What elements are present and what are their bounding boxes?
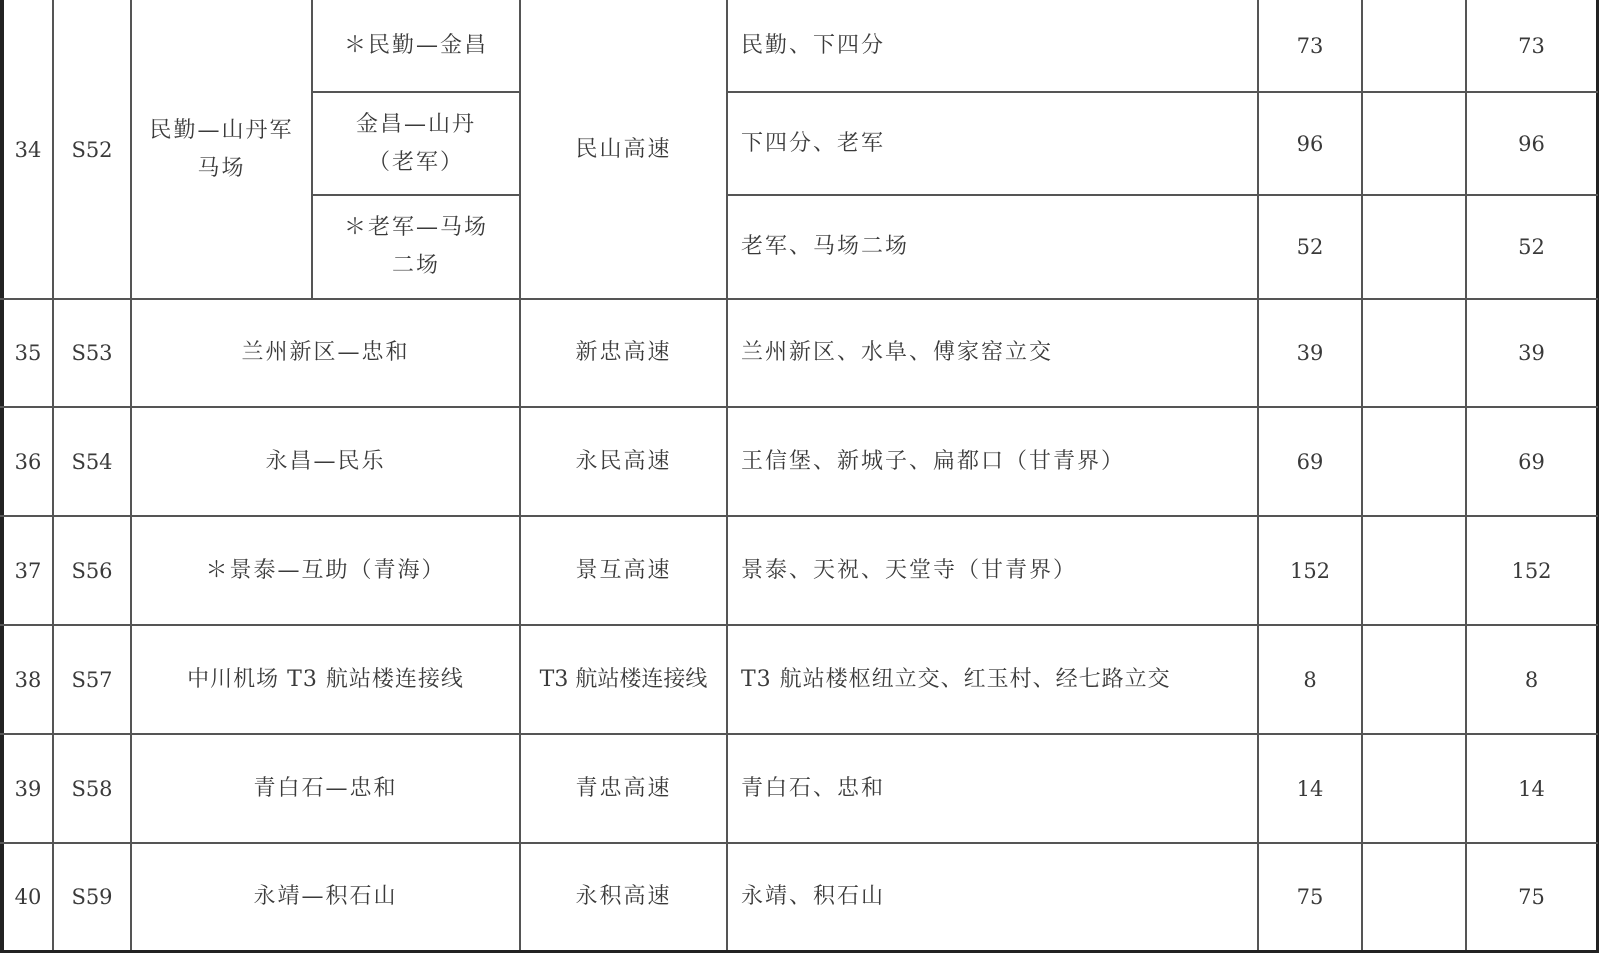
cell-nodes: T3 航站楼枢纽立交、红玉村、经七路立交 [727, 625, 1258, 734]
segment-line-1: 金昌—山丹 [356, 106, 476, 144]
cell-name: 青忠高速 [520, 734, 727, 843]
divider [311, 194, 520, 196]
divider [726, 91, 1598, 93]
cell-index: 39 [3, 734, 53, 843]
cell-route: 中川机场 T3 航站楼连接线 [131, 625, 520, 734]
divider [52, 0, 54, 951]
cell-blank [1362, 625, 1466, 734]
cell-length: 52 [1258, 195, 1362, 299]
cell-nodes: 下四分、老军 [727, 92, 1258, 195]
divider [726, 0, 728, 951]
cell-total: 96 [1466, 92, 1597, 195]
cell-length: 152 [1258, 516, 1362, 625]
cell-nodes: 王信堡、新城子、扁都口（甘青界） [727, 407, 1258, 516]
cell-blank [1362, 407, 1466, 516]
cell-code: S52 [53, 0, 131, 299]
cell-code: S54 [53, 407, 131, 516]
cell-length: 14 [1258, 734, 1362, 843]
cell-index: 36 [3, 407, 53, 516]
cell-name: 永民高速 [520, 407, 727, 516]
cell-code: S58 [53, 734, 131, 843]
cell-route: ＊景泰—互助（青海） [131, 516, 520, 625]
cell-total: 8 [1466, 625, 1597, 734]
cell-code: S53 [53, 299, 131, 407]
cell-total: 69 [1466, 407, 1597, 516]
cell-total: 75 [1466, 843, 1597, 951]
cell-name: 民山高速 [520, 0, 727, 299]
cell-total: 152 [1466, 516, 1597, 625]
divider [0, 624, 1598, 626]
divider [130, 0, 132, 951]
cell-total: 52 [1466, 195, 1597, 299]
cell-route: 民勤—山丹军 马场 [131, 0, 312, 299]
divider [1257, 0, 1259, 951]
cell-length: 39 [1258, 299, 1362, 407]
table-border-left [0, 0, 4, 953]
cell-nodes: 兰州新区、水阜、傅家窑立交 [727, 299, 1258, 407]
route-line-1: 民勤—山丹军 [149, 112, 293, 150]
cell-blank [1362, 734, 1466, 843]
divider [1465, 0, 1467, 951]
cell-blank [1362, 0, 1466, 92]
cell-name: 景互高速 [520, 516, 727, 625]
cell-segment: ＊民勤—金昌 [312, 0, 520, 92]
highway-table: 34 S52 民勤—山丹军 马场 ＊民勤—金昌 金昌—山丹 （老军） ＊老军—马… [0, 0, 1600, 972]
cell-name: 新忠高速 [520, 299, 727, 407]
cell-total: 73 [1466, 0, 1597, 92]
cell-blank [1362, 516, 1466, 625]
divider [0, 733, 1598, 735]
cell-length: 75 [1258, 843, 1362, 951]
cell-nodes: 民勤、下四分 [727, 0, 1258, 92]
table-border-right [1596, 0, 1599, 953]
segment-line-1: ＊民勤—金昌 [344, 27, 488, 65]
cell-nodes: 永靖、积石山 [727, 843, 1258, 951]
segment-line-2: （老军） [368, 144, 464, 182]
divider [0, 406, 1598, 408]
cell-length: 96 [1258, 92, 1362, 195]
cell-route: 永昌—民乐 [131, 407, 520, 516]
divider [311, 0, 313, 299]
cell-blank [1362, 843, 1466, 951]
cell-route: 兰州新区—忠和 [131, 299, 520, 407]
cell-code: S57 [53, 625, 131, 734]
cell-segment: 金昌—山丹 （老军） [312, 92, 520, 195]
cell-code: S56 [53, 516, 131, 625]
divider [0, 842, 1598, 844]
cell-name: 永积高速 [520, 843, 727, 951]
cell-blank [1362, 92, 1466, 195]
cell-route: 永靖—积石山 [131, 843, 520, 951]
cell-nodes: 景泰、天祝、天堂寺（甘青界） [727, 516, 1258, 625]
cell-index: 34 [3, 0, 53, 299]
cell-index: 37 [3, 516, 53, 625]
table-border-bottom [0, 950, 1599, 953]
divider [0, 298, 1598, 300]
segment-line-2: 二场 [392, 247, 440, 285]
cell-total: 39 [1466, 299, 1597, 407]
cell-blank [1362, 299, 1466, 407]
cell-name: T3 航站楼连接线 [520, 625, 727, 734]
cell-code: S59 [53, 843, 131, 951]
route-line-2: 马场 [197, 150, 245, 188]
divider [726, 194, 1598, 196]
divider [311, 91, 520, 93]
divider [1361, 0, 1363, 951]
cell-index: 38 [3, 625, 53, 734]
cell-length: 73 [1258, 0, 1362, 92]
cell-nodes: 青白石、忠和 [727, 734, 1258, 843]
segment-line-1: ＊老军—马场 [344, 209, 488, 247]
divider [0, 515, 1598, 517]
cell-index: 35 [3, 299, 53, 407]
cell-length: 69 [1258, 407, 1362, 516]
cell-total: 14 [1466, 734, 1597, 843]
cell-segment: ＊老军—马场 二场 [312, 195, 520, 299]
cell-blank [1362, 195, 1466, 299]
cell-route: 青白石—忠和 [131, 734, 520, 843]
cell-nodes: 老军、马场二场 [727, 195, 1258, 299]
cell-length: 8 [1258, 625, 1362, 734]
cell-index: 40 [3, 843, 53, 951]
divider [519, 0, 521, 951]
